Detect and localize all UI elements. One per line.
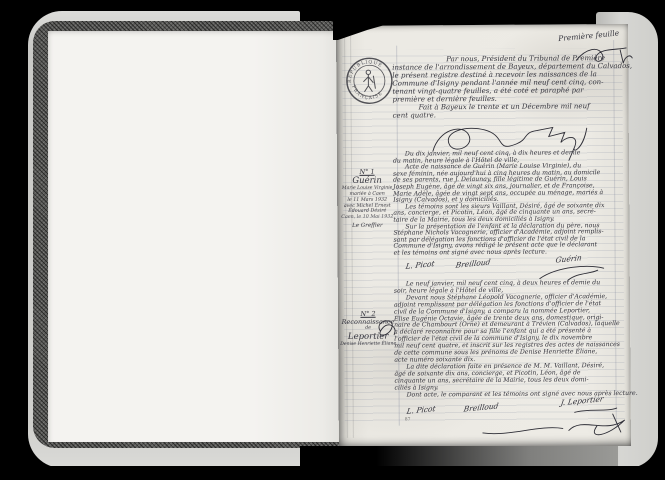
blank-left-page	[48, 31, 340, 442]
clerk-label: Le Greffier	[339, 223, 395, 229]
bottom-scan-shadow	[300, 446, 618, 468]
act2-body: Le neuf janvier, mil neuf cent cinq, à d…	[394, 280, 621, 399]
page-note: Première feuille	[558, 28, 620, 43]
bottom-scan-background	[0, 466, 665, 480]
register-scan: RÉPUBLIQUE FRANÇAISE Première feuille Pa…	[0, 0, 665, 480]
act2-name: Leportier	[338, 332, 398, 342]
act2-signature-flourish	[479, 406, 629, 441]
act1-body: Du dix janvier, mil neuf cent cinq, à di…	[393, 150, 620, 257]
act2-given-names: Denise Henriette Éliane	[338, 342, 398, 348]
act1-margin: N° 1 Guérin Marie Louise Virginie mariée…	[339, 168, 396, 255]
register-right-page: RÉPUBLIQUE FRANÇAISE Première feuille Pa…	[336, 24, 631, 448]
act1-name: Guérin	[339, 176, 395, 186]
svg-text:RÉPUBLIQUE: RÉPUBLIQUE	[345, 59, 384, 83]
republique-francaise-seal-stamp: RÉPUBLIQUE FRANÇAISE	[344, 56, 394, 106]
seal-figure-icon	[363, 70, 375, 92]
folio-number: 87	[405, 417, 411, 422]
certification-paragraph: Par nous, Président du Tribunal de Premi…	[392, 54, 616, 120]
act2-margin: N° 2 Reconnaissance de Leportier Denise …	[338, 310, 398, 348]
